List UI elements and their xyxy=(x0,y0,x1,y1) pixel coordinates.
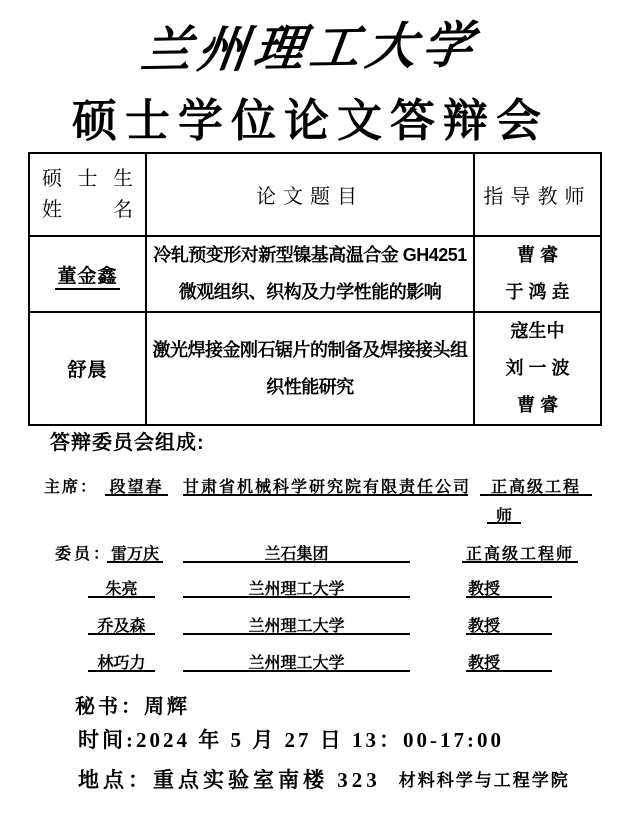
committee-member-row: 林巧力 兰州理工大学 教授 xyxy=(0,650,621,672)
committee-section-heading: 答辩委员会组成: xyxy=(50,426,205,455)
defense-table: 硕士生 姓名 论文题目 指导教师 董金鑫 冷轧预变形对新型镍基高温合金 GH42… xyxy=(28,152,602,426)
defense-announcement-page: 兰州理工大学 硕士学位论文答辩会 硕士生 姓名 论文题目 指导教师 董金鑫 冷轧… xyxy=(0,0,621,813)
secretary-line: 秘书：周辉 xyxy=(75,690,190,719)
student-name-cell: 舒晨 xyxy=(29,312,146,425)
advisors-cell: 寇生中 刘 一 波 曹 睿 xyxy=(474,312,601,425)
member-name: 林巧力 xyxy=(88,650,155,672)
header-student-line2: 姓名 xyxy=(42,195,133,226)
secretary-label: 秘书： xyxy=(75,696,144,718)
chair-title-line1: 正高级工程 xyxy=(480,474,592,496)
student-name: 舒晨 xyxy=(67,360,107,381)
time-value: 2024 年 5 月 27 日 13：00-17:00 xyxy=(136,728,504,752)
chair-title-line2: 师 xyxy=(487,503,521,524)
page-title: 硕士学位论文答辩会 xyxy=(0,84,621,149)
advisor-name: 曹 睿 xyxy=(475,237,600,274)
advisor-name: 刘 一 波 xyxy=(475,350,600,387)
location-label: 地点： xyxy=(78,768,153,792)
secretary-name: 周辉 xyxy=(144,696,190,718)
chair-label: 主席： xyxy=(44,474,98,497)
time-label: 时间: xyxy=(78,728,136,752)
member-organization: 兰州理工大学 xyxy=(183,613,410,635)
advisor-name: 曹 睿 xyxy=(475,387,600,424)
chair-name: 段望春 xyxy=(105,474,168,496)
member-name: 雷万庆 xyxy=(107,541,163,563)
time-line: 时间:2024 年 5 月 27 日 13：00-17:00 xyxy=(78,724,504,754)
member-organization: 兰石集团 xyxy=(183,541,410,563)
location-value: 重点实验室南楼 323 xyxy=(153,768,381,792)
advisors-cell: 曹 睿 于 鸿 垚 xyxy=(474,236,601,312)
committee-member-row: 委员： 雷万庆 兰石集团 正高级工程师 xyxy=(0,541,621,563)
member-organization: 兰州理工大学 xyxy=(183,576,410,598)
table-row-student-1: 董金鑫 冷轧预变形对新型镍基高温合金 GH4251 微观组织、织构及力学性能的影… xyxy=(29,236,601,312)
advisor-name: 寇生中 xyxy=(475,313,600,350)
student-name: 董金鑫 xyxy=(55,266,119,290)
table-header-row: 硕士生 姓名 论文题目 指导教师 xyxy=(29,153,601,236)
table-row-student-2: 舒晨 激光焊接金刚石锯片的制备及焊接接头组织性能研究 寇生中 刘 一 波 曹 睿 xyxy=(29,312,601,425)
member-name: 乔及森 xyxy=(88,613,155,635)
student-name-cell: 董金鑫 xyxy=(29,236,146,312)
thesis-title-cell: 激光焊接金刚石锯片的制备及焊接接头组织性能研究 xyxy=(146,312,474,425)
college-name: 材料科学与工程学院 xyxy=(399,771,570,790)
university-calligraphy-logo: 兰州理工大学 xyxy=(0,3,621,86)
chair-organization: 甘肃省机械科学研究院有限责任公司 xyxy=(183,474,468,496)
header-student-line1: 硕士生 xyxy=(42,164,133,195)
thesis-title-cell: 冷轧预变形对新型镍基高温合金 GH4251 微观组织、织构及力学性能的影响 xyxy=(146,236,474,312)
location-line: 地点：重点实验室南楼 323材料科学与工程学院 xyxy=(78,764,570,794)
member-title: 教授 xyxy=(466,650,552,672)
header-student-name: 硕士生 姓名 xyxy=(29,153,146,236)
members-label: 委员： xyxy=(55,541,112,563)
member-organization: 兰州理工大学 xyxy=(183,650,410,672)
header-advisor: 指导教师 xyxy=(474,153,601,236)
member-title: 正高级工程师 xyxy=(462,541,578,563)
member-name: 朱亮 xyxy=(88,576,155,598)
committee-member-row: 朱亮 兰州理工大学 教授 xyxy=(0,576,621,598)
committee-member-row: 乔及森 兰州理工大学 教授 xyxy=(0,613,621,635)
header-thesis-title: 论文题目 xyxy=(146,153,474,236)
member-title: 教授 xyxy=(466,576,552,598)
member-title: 教授 xyxy=(466,613,552,635)
advisor-name: 于 鸿 垚 xyxy=(475,274,600,311)
